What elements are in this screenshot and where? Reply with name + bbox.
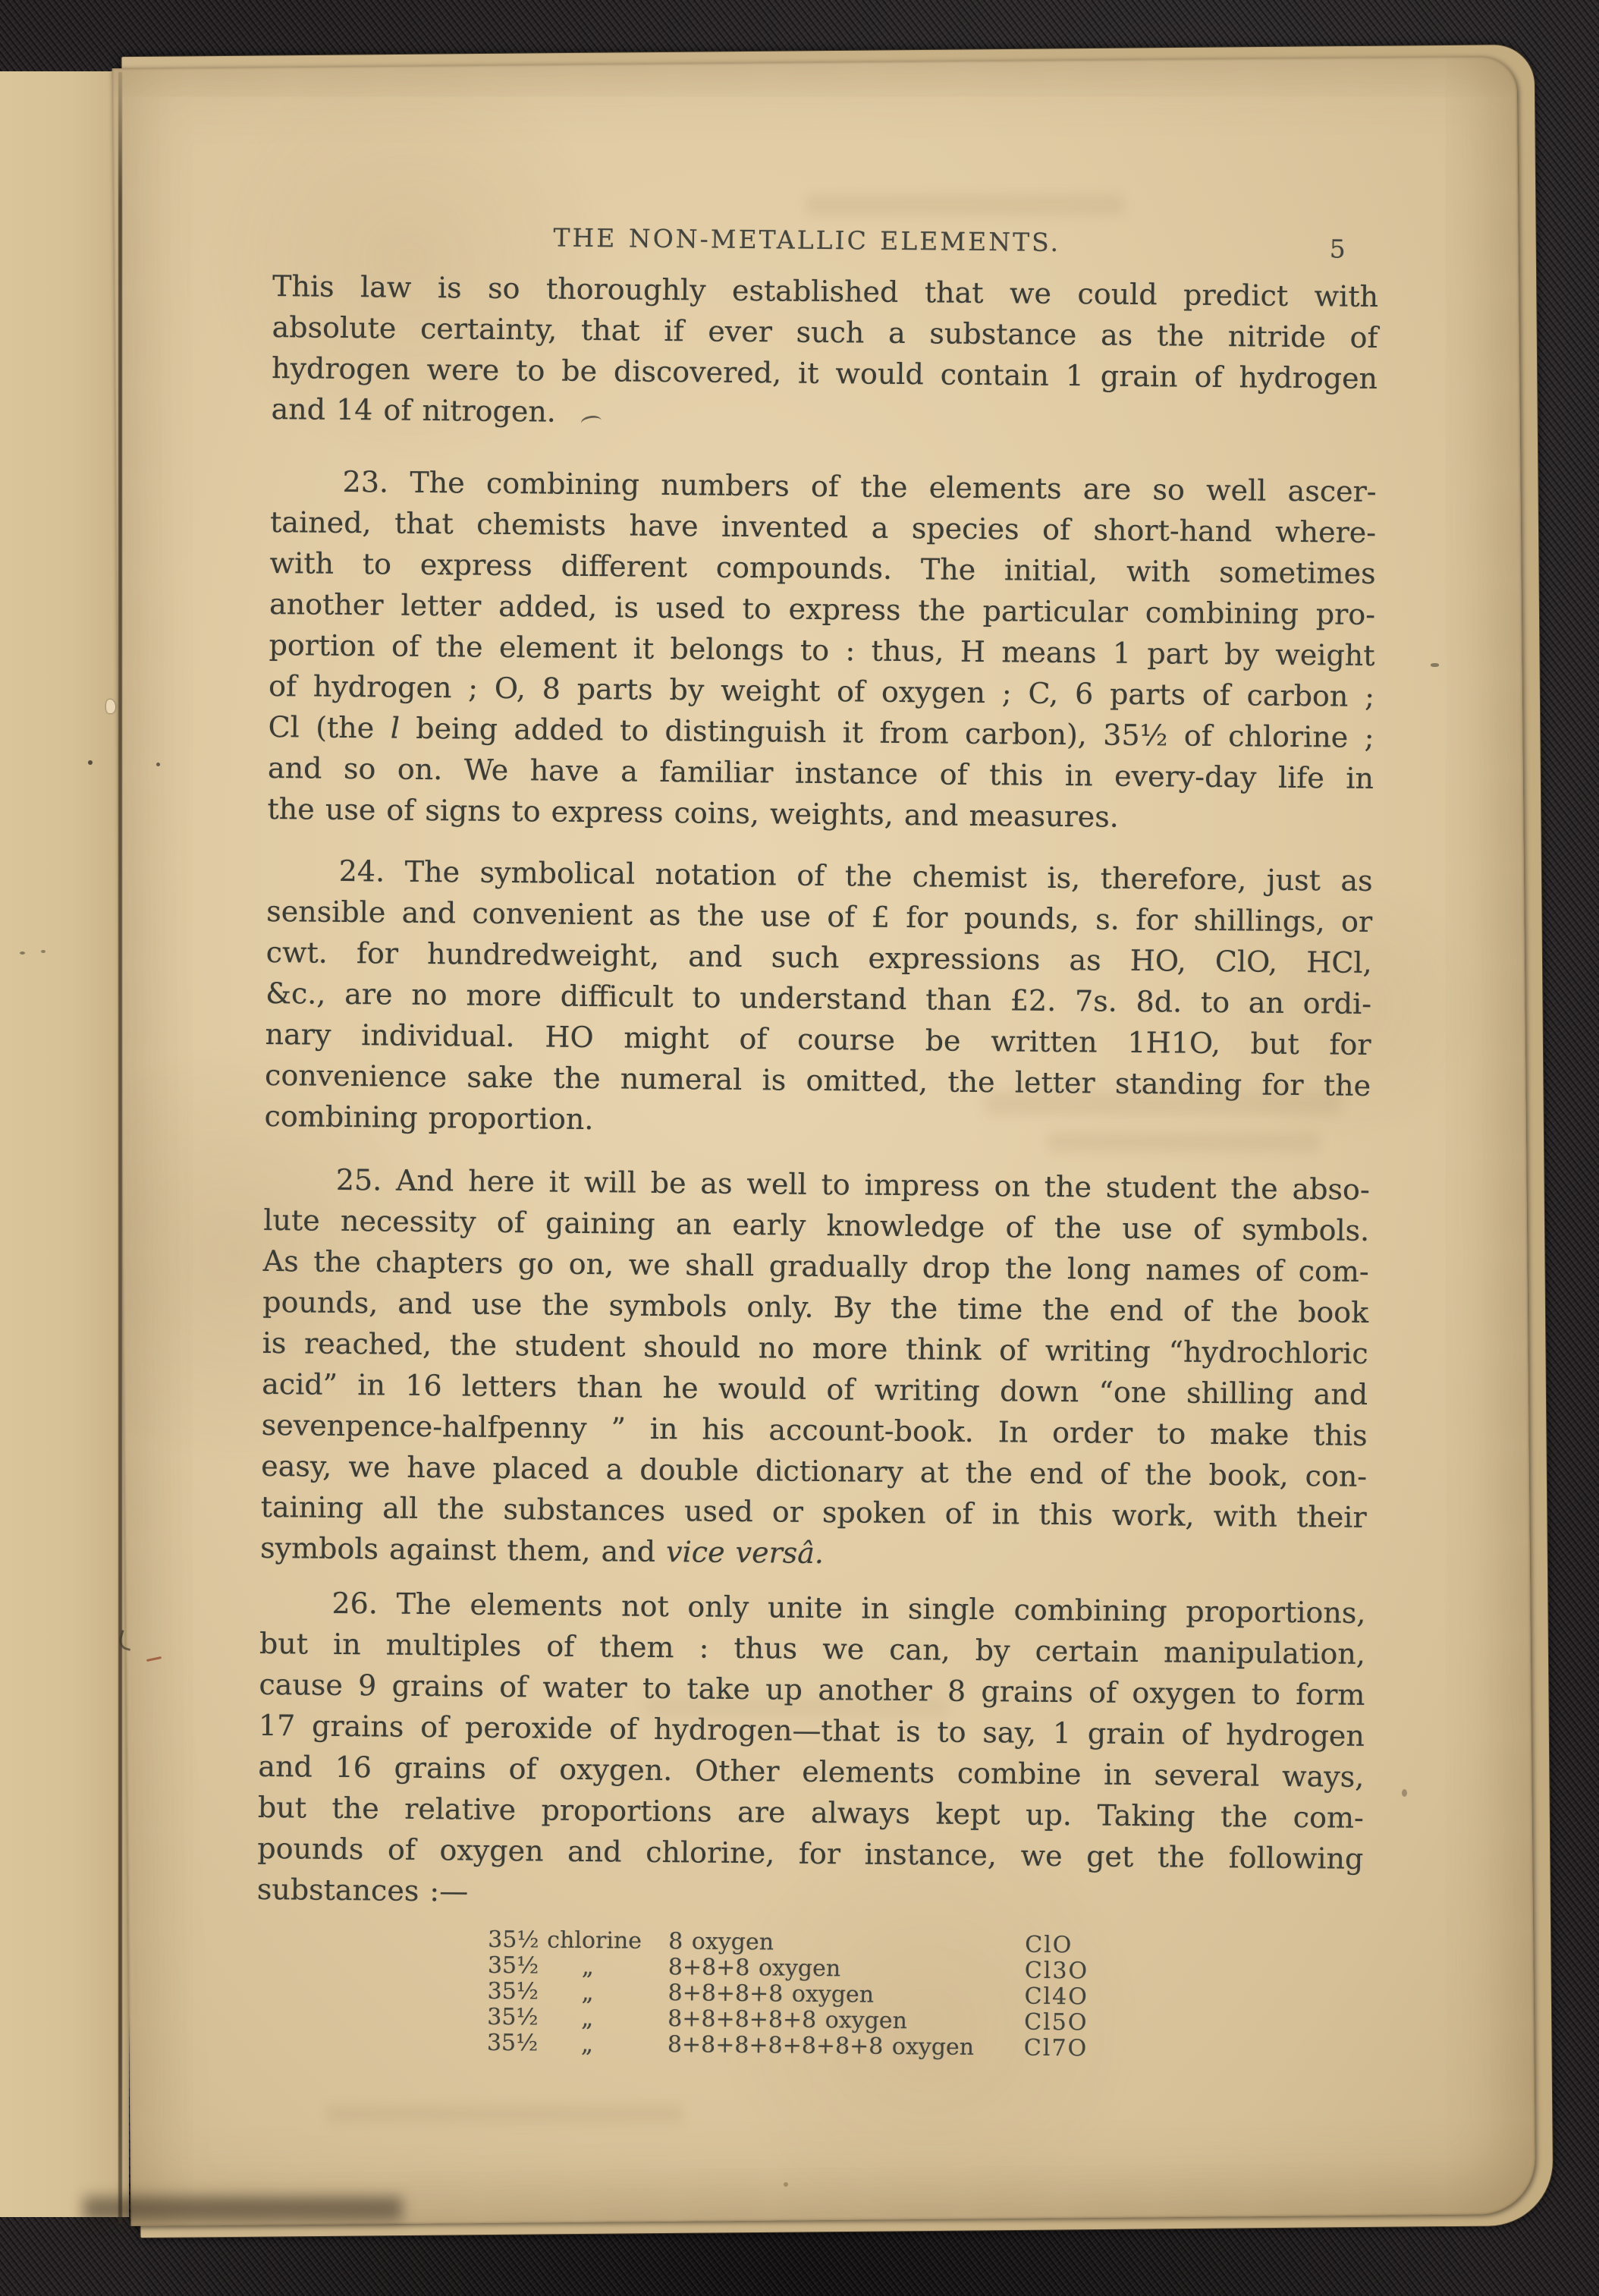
chlorine-weight-cell: 35½ (487, 2005, 546, 2031)
chlorine-weight-cell: 35½ (487, 1979, 546, 2005)
oxygen-parts-cell: 8+8+8+8+8+8+8 oxygen (668, 2032, 1024, 2062)
page-content: THE NON-METALLIC ELEMENTS. 5 This law is… (256, 219, 1379, 2065)
formula-cell: Cl5O (1024, 2010, 1128, 2037)
page-title: THE NON-METALLIC ELEMENTS. (553, 222, 1060, 259)
paragraphs: This law is so thoroughly established th… (257, 266, 1379, 1920)
formula-cell: Cl3O (1025, 1958, 1129, 1985)
substance-cell: „ (546, 2005, 668, 2033)
show-through-ghost (326, 2105, 683, 2124)
page-number: 5 (1329, 232, 1345, 266)
substance-cell: chlorine (547, 1928, 668, 1955)
scan-speck (41, 950, 46, 953)
paragraph: 24. The symbolical notation of the chemi… (264, 850, 1373, 1147)
paragraph: 23. The combining numbers of the element… (267, 461, 1377, 840)
paragraph: 25. And here it will be as well to impre… (260, 1159, 1370, 1579)
chlorine-weight-cell: 35½ (488, 1927, 547, 1954)
substance-cell: „ (546, 2031, 668, 2059)
formula-cell: ClO (1025, 1933, 1129, 1959)
substance-cell: „ (546, 1980, 668, 2007)
scan-speck (20, 951, 25, 955)
scan-speck (784, 2182, 788, 2187)
scan-speck (88, 760, 93, 765)
substance-cell: „ (547, 1954, 668, 1981)
chlorine-weight-cell: 35½ (488, 1953, 547, 1980)
show-through-ghost (806, 194, 1124, 215)
paragraph: 26. The elements not only unite in singl… (257, 1582, 1366, 1920)
compound-table: 35½chlorine8 oxygenClO35½„8+8+8 oxygenCl… (487, 1927, 1129, 2062)
scan-speck (156, 763, 160, 766)
formula-cell: Cl7O (1024, 2036, 1128, 2062)
scan-speck (1402, 1789, 1407, 1797)
scan-speck (1431, 663, 1439, 667)
table-row: 35½„8+8+8+8+8+8+8 oxygenCl7O (487, 2030, 1128, 2062)
facing-page-edge (0, 71, 129, 2217)
chlorine-weight-cell: 35½ (487, 2030, 546, 2057)
paragraph: This law is so thoroughly established th… (271, 266, 1378, 440)
gutter-shadow (83, 2197, 402, 2221)
formula-cell: Cl4O (1024, 1984, 1128, 2011)
paper-nick (106, 700, 115, 713)
book-gutter-line (118, 72, 122, 2224)
